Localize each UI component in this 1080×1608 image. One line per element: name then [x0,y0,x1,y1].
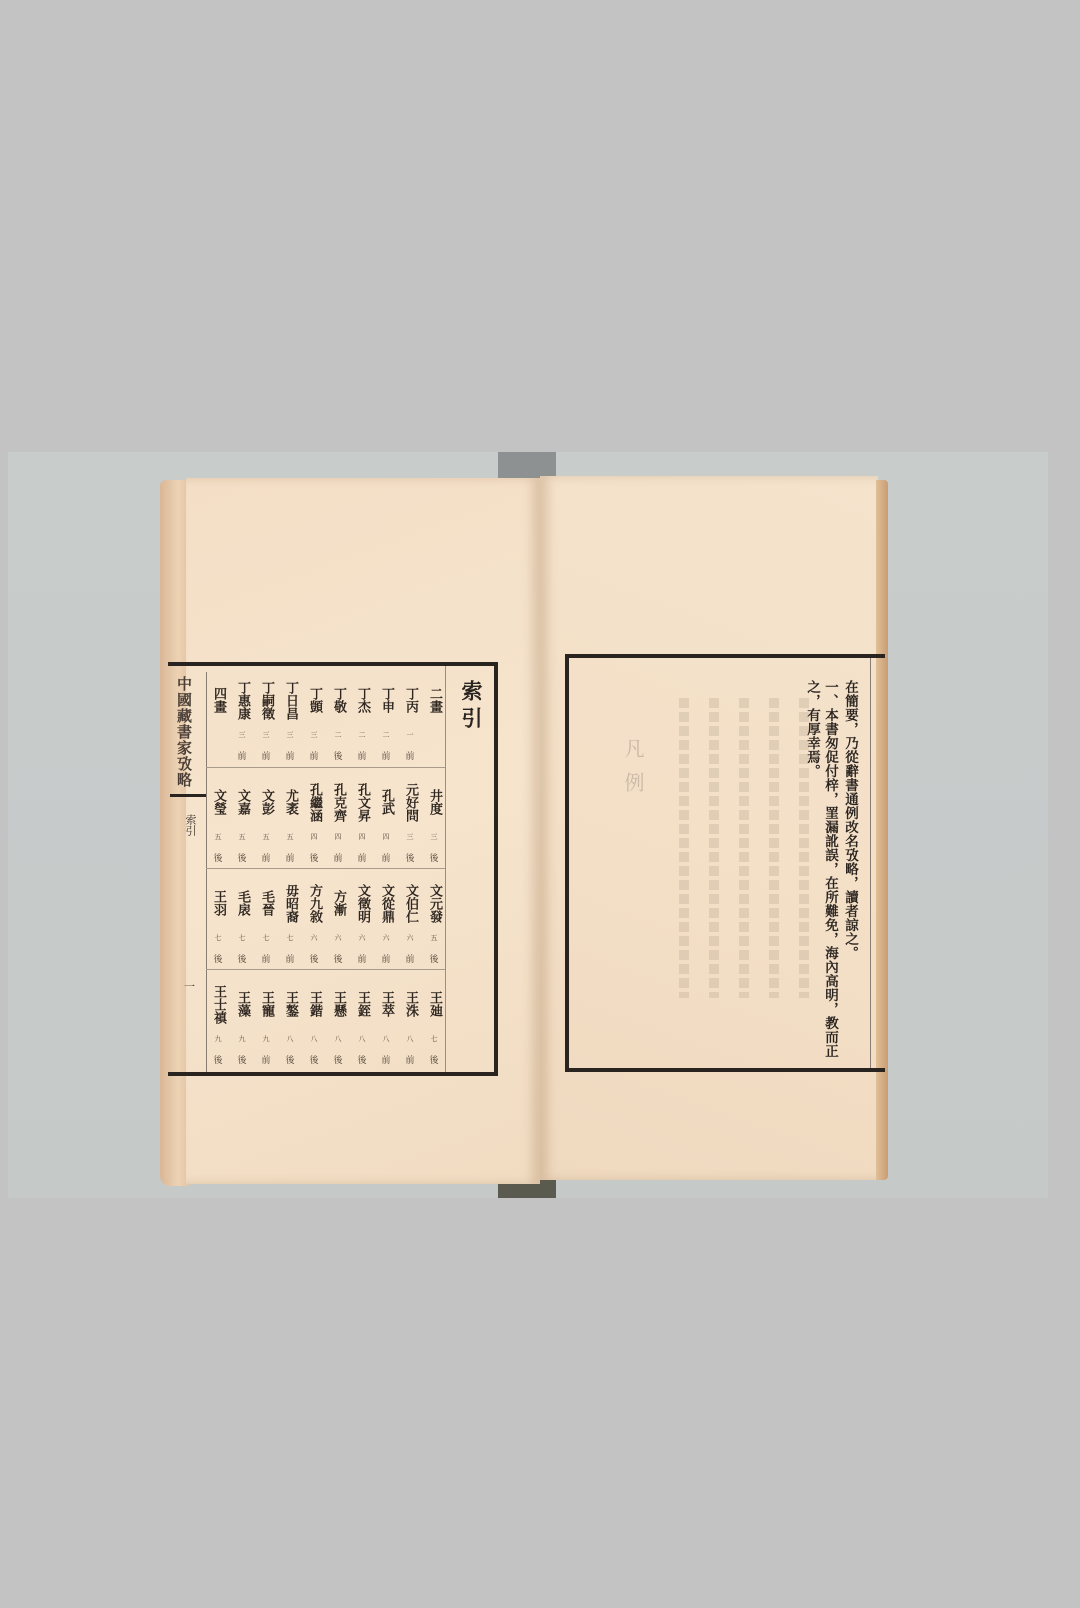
index-entry: 王鍇八後 [302,976,326,1070]
index-row: 文元發五後 文伯仁六前 文從鼎六前 文徵明六前 方漸六後 方九敘六後 毋昭裔七前… [206,868,446,970]
index-row: 王廸七後 王洙八前 王萃八前 王銍八後 王懸八後 王鍇八後 王鏊八後 王寵九前 … [206,969,446,1071]
preface-frame: 凡例 在簡要，乃從辭書通例改名攷略，讀者諒之。 一、本書匆促付梓，罣漏訛誤，在所… [565,654,885,1072]
index-entry: 文從鼎六前 [374,875,398,969]
index-frame: 中國藏書家攷略 索引 一 二畫 丁丙一前 丁申二前 丁杰二前 丁敬二後 丁顗三前… [168,662,498,1076]
index-entry: 王廸七後 [422,976,446,1070]
index-entry: 丁丙一前 [398,672,422,766]
book-title-side: 中國藏書家攷略 [174,676,195,788]
index-entry: 井度三後 [422,774,446,868]
page-number: 一 [184,978,195,994]
preface-text-column: 在簡要，乃從辭書通例改名攷略，讀者諒之。 [841,680,859,1060]
index-entry: 文伯仁六前 [398,875,422,969]
section-label-side: 索引 [182,814,198,836]
index-entry: 孔克齊四前 [326,774,350,868]
index-title-column: 索引 [445,666,494,1072]
fish-tail-mark [170,794,206,807]
index-entry: 文瑩五後 [206,774,230,868]
index-entry: 文嘉五後 [230,774,254,868]
index-entry: 尤袤五前 [278,774,302,868]
index-entry: 丁惠康三前 [230,672,254,766]
index-row: 井度三後 元好問三後 孔武四前 孔文昇四前 孔克齊四前 孔繼涵四後 尤袤五前 文… [206,767,446,869]
index-entry: 四畫 [206,672,230,766]
index-entry: 孔武四前 [374,774,398,868]
index-entry: 王銍八後 [350,976,374,1070]
index-entry: 丁申二前 [374,672,398,766]
index-entry: 方漸六後 [326,875,350,969]
index-entry: 孔繼涵四後 [302,774,326,868]
index-entry: 毋昭裔七前 [278,875,302,969]
index-entry: 王士禛九後 [206,976,230,1070]
index-entry: 毛扆七後 [230,875,254,969]
bleed-through-text [709,698,719,998]
index-entry: 孔文昇四前 [350,774,374,868]
index-entry: 文徵明六前 [350,875,374,969]
index-entry: 方九敘六後 [302,875,326,969]
index-title: 索引 [456,680,486,734]
index-entry: 毛晉七前 [254,875,278,969]
index-entry: 丁日昌三前 [278,672,302,766]
index-entry: 王懸八後 [326,976,350,1070]
index-entry: 文彭五前 [254,774,278,868]
index-entry: 王鏊八後 [278,976,302,1070]
index-entry: 王萃八前 [374,976,398,1070]
preface-text-column: 一、本書匆促付梓，罣漏訛誤，在所難免，海內高明，教而正之，有厚幸焉。 [803,680,839,1060]
index-entry: 丁杰二前 [350,672,374,766]
index-entry: 元好問三後 [398,774,422,868]
bleed-through-text [739,698,749,998]
index-entry: 王寵九前 [254,976,278,1070]
side-tab-right [870,658,889,1068]
index-entry: 王羽七後 [206,875,230,969]
index-row: 二畫 丁丙一前 丁申二前 丁杰二前 丁敬二後 丁顗三前 丁日昌三前 丁嗣徵三前 … [206,666,446,767]
bleed-through-text [679,698,689,998]
index-entry: 丁顗三前 [302,672,326,766]
bleed-through-title: 凡例 [619,738,648,806]
index-entry: 丁敬二後 [326,672,350,766]
bleed-through-text [769,698,779,998]
index-entry: 王洙八前 [398,976,422,1070]
index-entry: 二畫 [422,672,446,766]
index-grid: 二畫 丁丙一前 丁申二前 丁杰二前 丁敬二後 丁顗三前 丁日昌三前 丁嗣徵三前 … [206,666,446,1072]
index-entry: 丁嗣徵三前 [254,672,278,766]
index-entry: 王藻九後 [230,976,254,1070]
index-entry: 文元發五後 [422,875,446,969]
side-tab: 中國藏書家攷略 索引 一 [170,672,200,1072]
book-photo: 中國藏書家攷略 索引 一 二畫 丁丙一前 丁申二前 丁杰二前 丁敬二後 丁顗三前… [8,452,1048,1198]
